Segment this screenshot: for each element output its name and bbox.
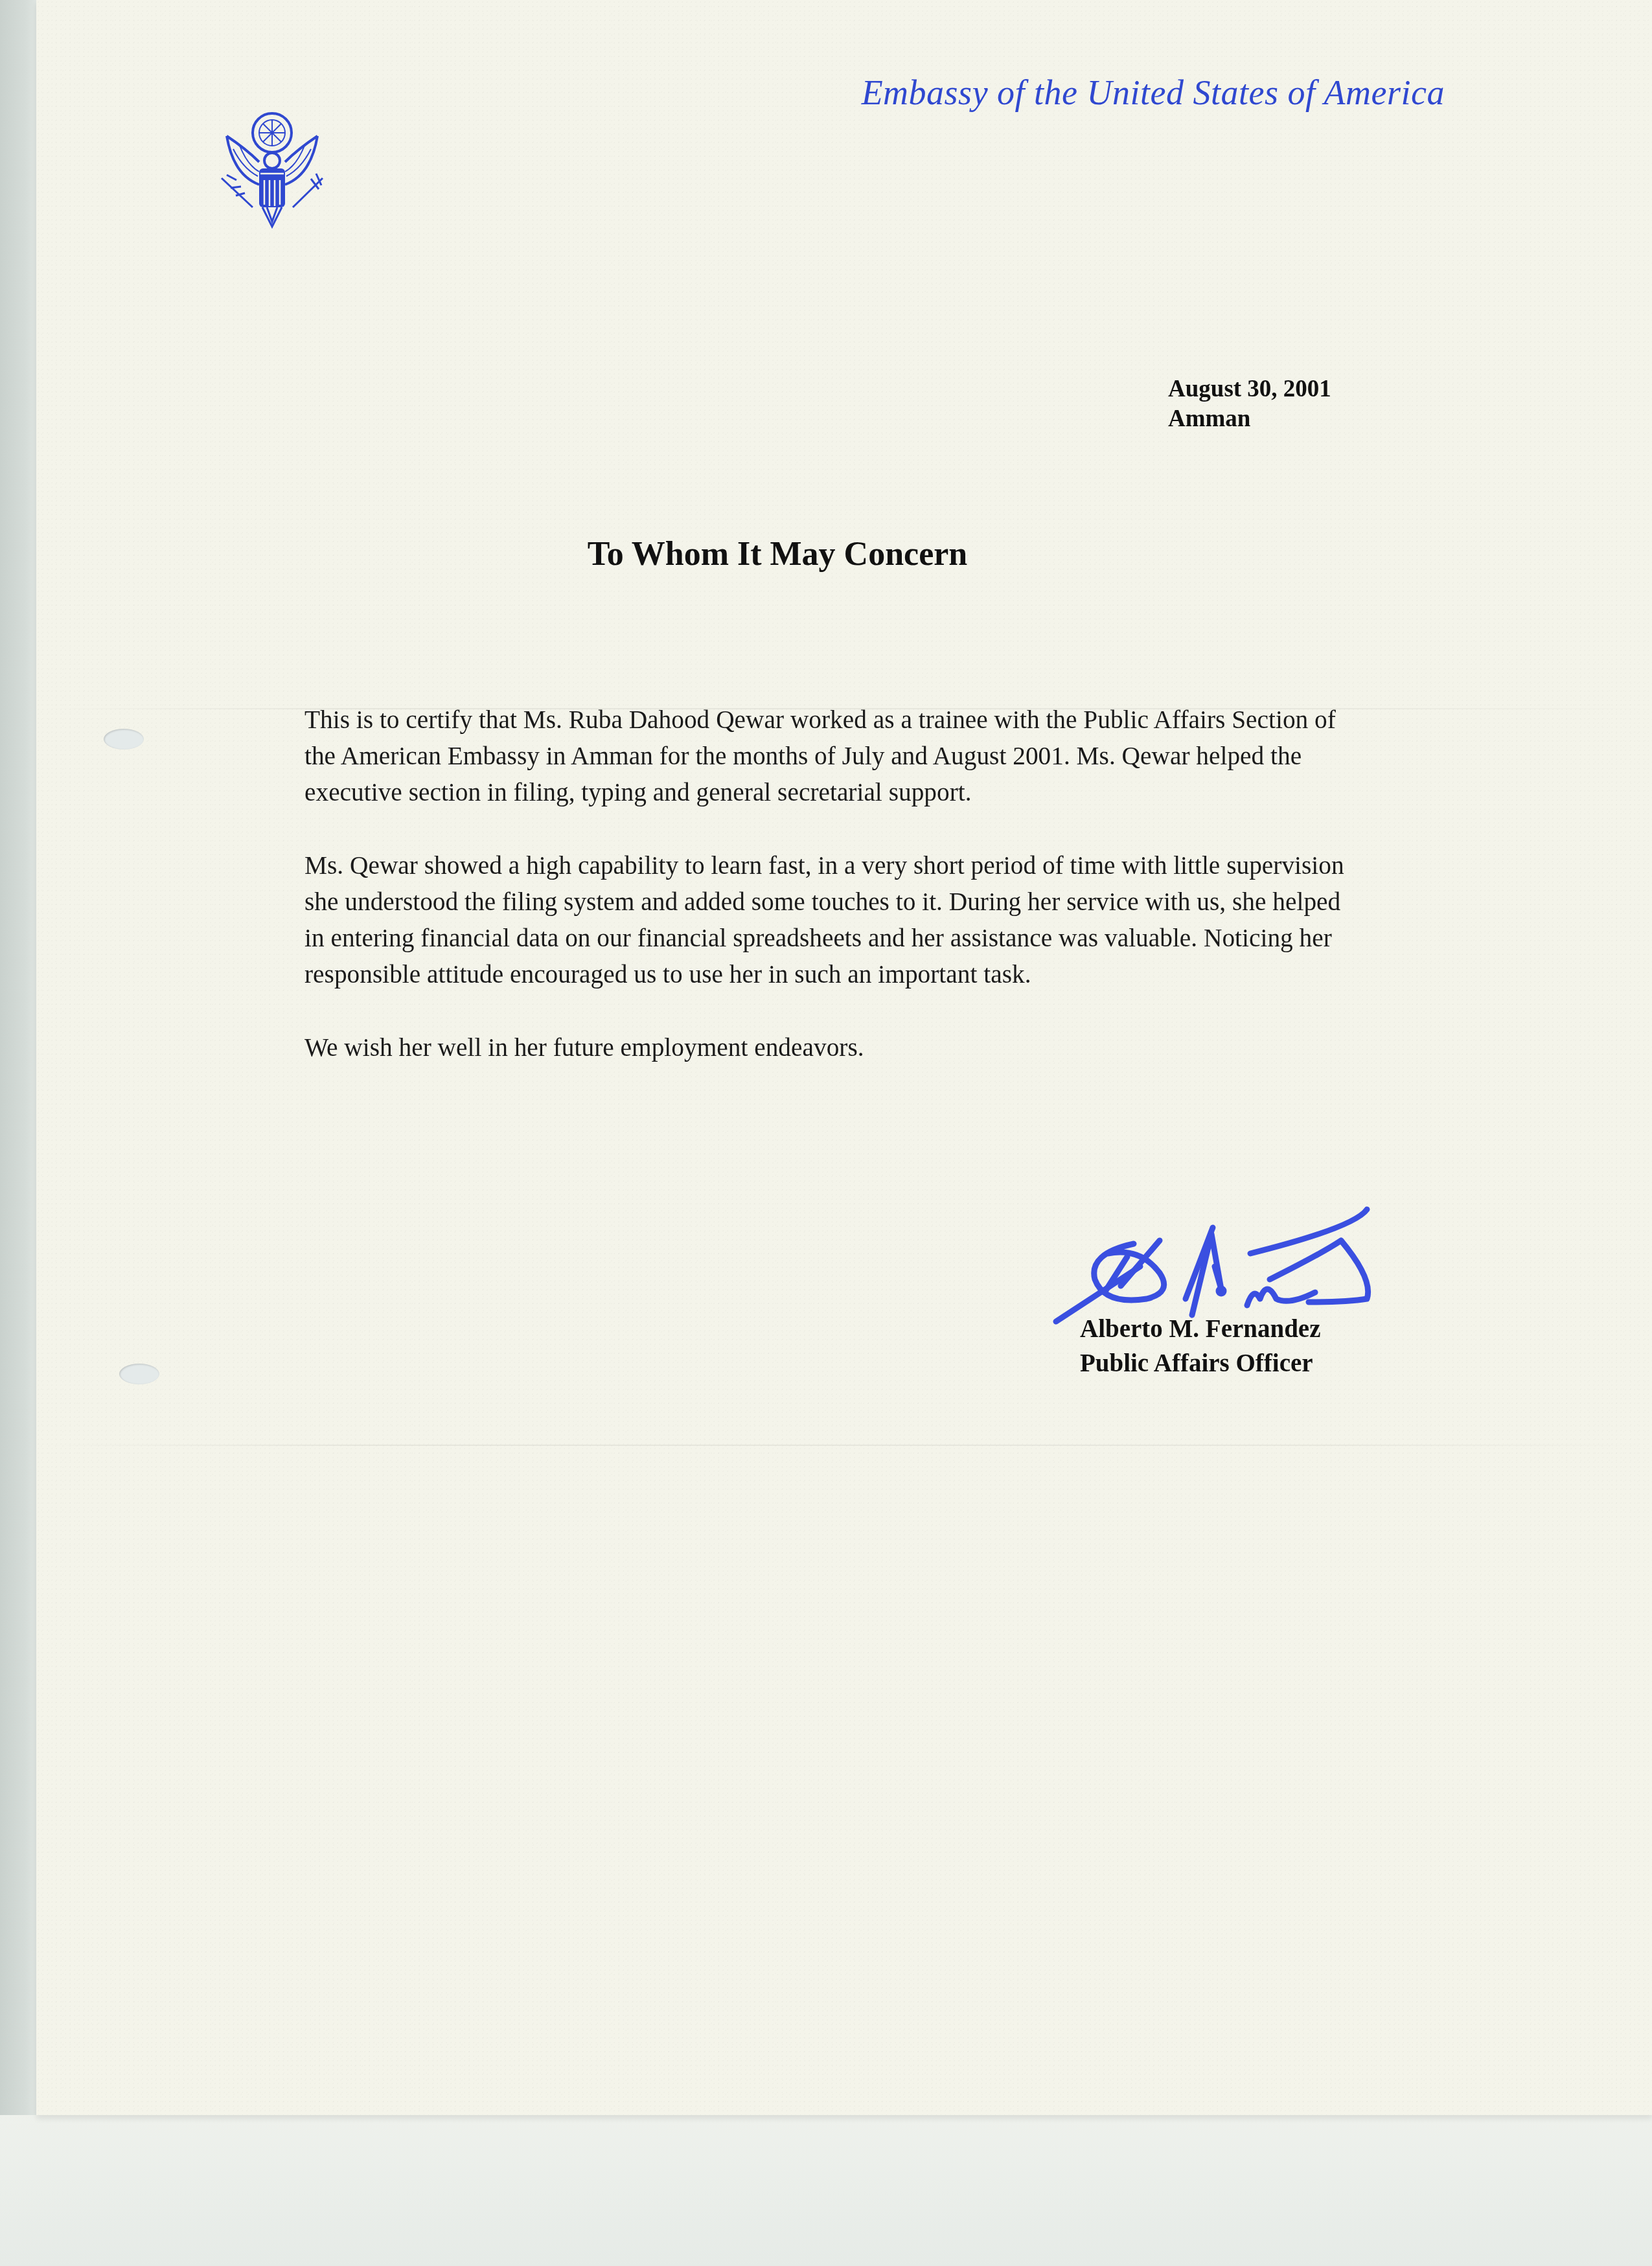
punch-hole	[104, 729, 144, 750]
handwritten-signature-icon	[1043, 1195, 1490, 1325]
body-paragraph: We wish her well in her future employmen…	[304, 1029, 1362, 1065]
signer-title: Public Affairs Officer	[1080, 1346, 1321, 1380]
signer-name: Alberto M. Fernandez	[1080, 1312, 1321, 1346]
great-seal-eagle-icon	[207, 104, 337, 233]
date-location-block: August 30, 2001 Amman	[1168, 374, 1331, 434]
letter-body: This is to certify that Ms. Ruba Dahood …	[304, 701, 1362, 1102]
letterhead-title: Embassy of the United States of America	[842, 73, 1445, 113]
signer-block: Alberto M. Fernandez Public Affairs Offi…	[1080, 1312, 1321, 1380]
scanner-background-bottom	[0, 2115, 1652, 2266]
salutation-heading: To Whom It May Concern	[0, 535, 1652, 573]
punch-hole	[119, 1364, 159, 1384]
salutation-text: To Whom It May Concern	[588, 535, 967, 573]
letter-date: August 30, 2001	[1168, 374, 1331, 404]
body-paragraph: Ms. Qewar showed a high capability to le…	[304, 847, 1362, 992]
letter-location: Amman	[1168, 404, 1331, 434]
scanner-background-left	[0, 0, 36, 2266]
paper-fold-line	[36, 1445, 1652, 1446]
body-paragraph: This is to certify that Ms. Ruba Dahood …	[304, 701, 1362, 810]
